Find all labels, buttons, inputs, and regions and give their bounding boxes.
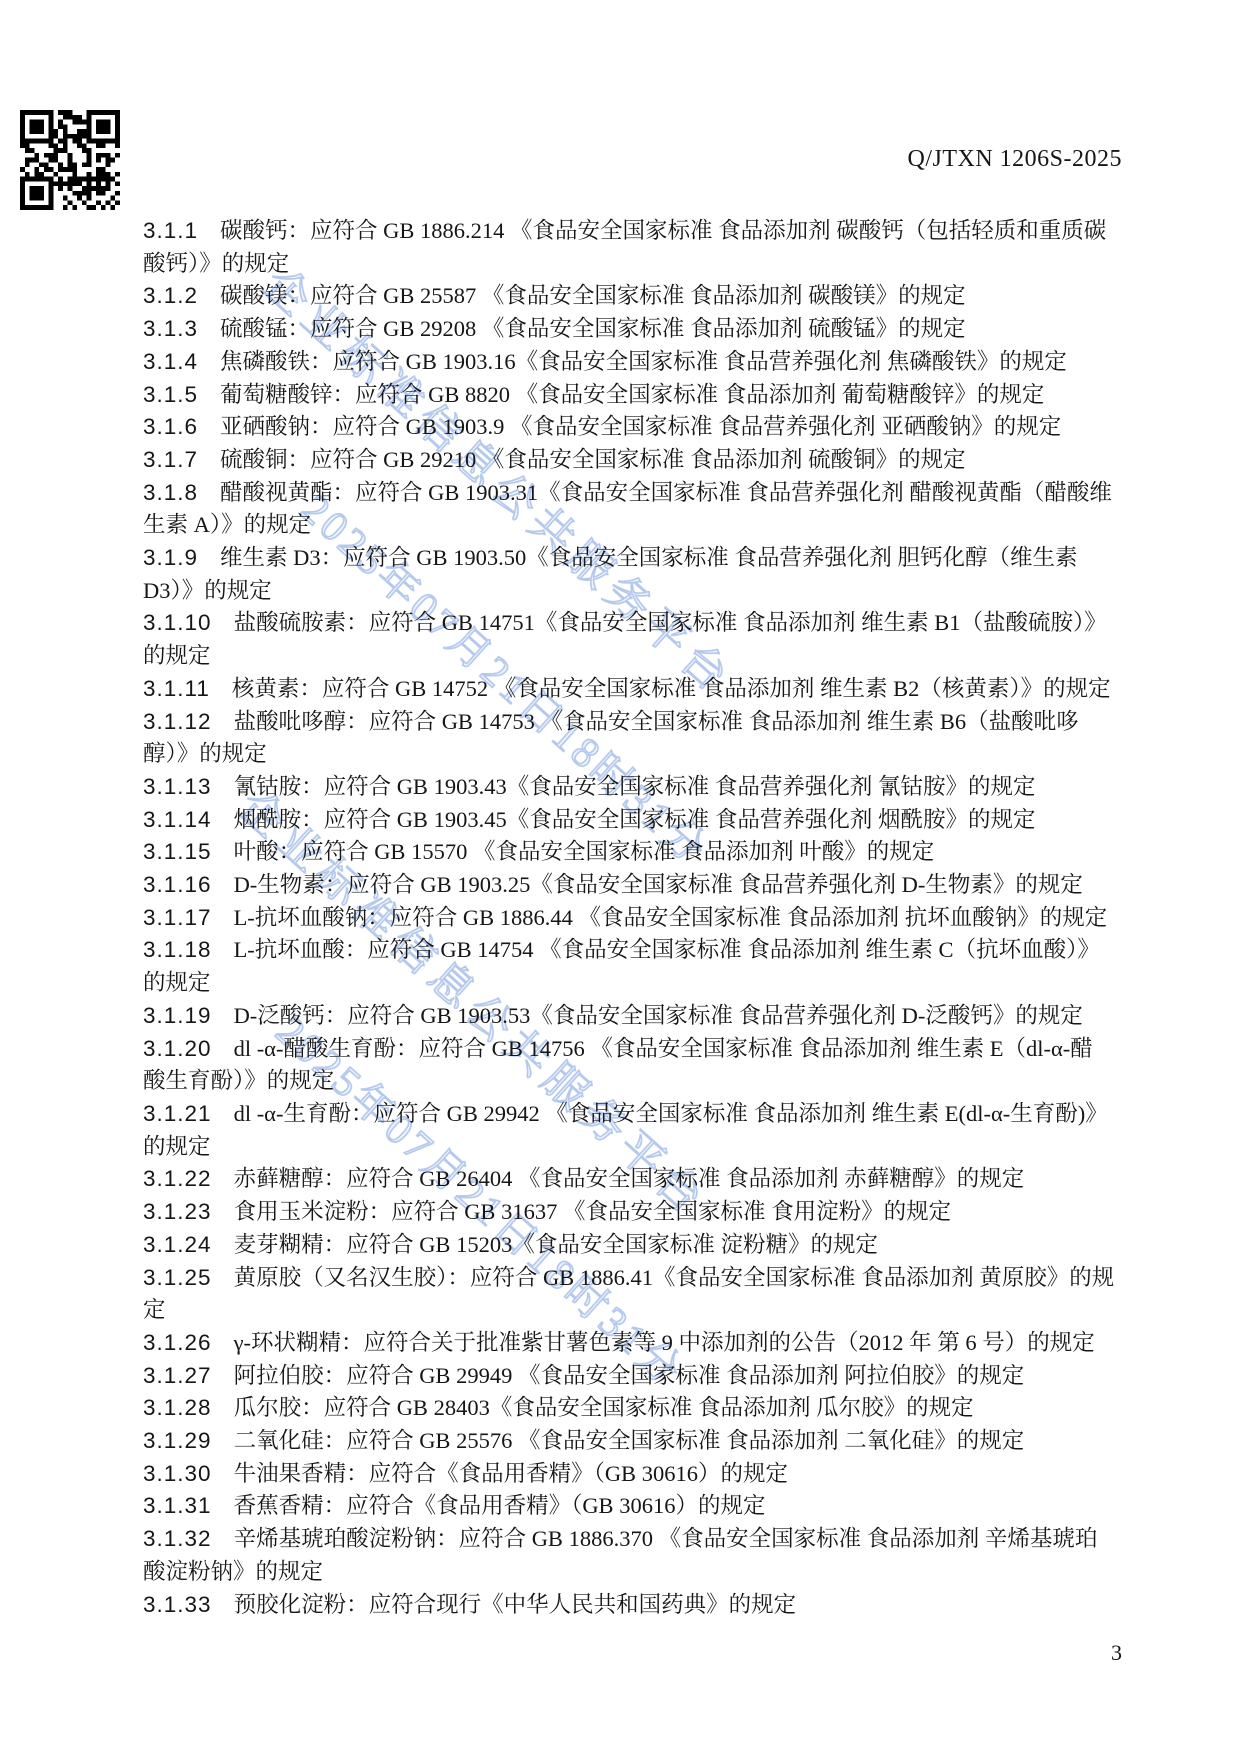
clause-number: 3.1.2 xyxy=(143,283,198,308)
clause-number: 3.1.6 xyxy=(143,414,198,439)
clause-item: 3.1.3硫酸锰：应符合 GB 29208 《食品安全国家标准 食品添加剂 硫酸… xyxy=(143,313,1115,346)
clause-number: 3.1.29 xyxy=(143,1428,212,1453)
document-number: Q/JTXN 1206S-2025 xyxy=(907,146,1122,173)
clause-text: 硫酸锰：应符合 GB 29208 《食品安全国家标准 食品添加剂 硫酸锰》的规定 xyxy=(220,316,966,341)
clause-item: 3.1.12盐酸吡哆醇：应符合 GB 14753 《食品安全国家标准 食品添加剂… xyxy=(143,706,1115,771)
clause-number: 3.1.14 xyxy=(143,807,212,832)
clause-number: 3.1.31 xyxy=(143,1493,212,1518)
clause-item: 3.1.8醋酸视黄酯：应符合 GB 1903.31《食品安全国家标准 食品营养强… xyxy=(143,477,1115,542)
clause-item: 3.1.24麦芽糊精：应符合 GB 15203《食品安全国家标准 淀粉糖》的规定 xyxy=(143,1229,1115,1262)
clause-item: 3.1.2碳酸镁：应符合 GB 25587 《食品安全国家标准 食品添加剂 碳酸… xyxy=(143,280,1115,313)
clause-item: 3.1.18L-抗坏血酸：应符合 GB 14754 《食品安全国家标准 食品添加… xyxy=(143,934,1115,999)
clause-number: 3.1.32 xyxy=(143,1526,212,1551)
clause-number: 3.1.8 xyxy=(143,480,198,505)
qr-code-image xyxy=(20,110,120,210)
clause-text: 硫酸铜：应符合 GB 29210 《食品安全国家标准 食品添加剂 硫酸铜》的规定 xyxy=(220,447,966,472)
clause-number: 3.1.18 xyxy=(143,937,212,962)
clause-item: 3.1.13氰钴胺：应符合 GB 1903.43《食品安全国家标准 食品营养强化… xyxy=(143,771,1115,804)
clause-number: 3.1.4 xyxy=(143,349,198,374)
clause-text: L-抗坏血酸钠：应符合 GB 1886.44 《食品安全国家标准 食品添加剂 抗… xyxy=(234,905,1108,930)
clause-item: 3.1.14烟酰胺：应符合 GB 1903.45《食品安全国家标准 食品营养强化… xyxy=(143,804,1115,837)
clause-text: 瓜尔胶：应符合 GB 28403《食品安全国家标准 食品添加剂 瓜尔胶》的规定 xyxy=(234,1395,974,1420)
clause-text: L-抗坏血酸：应符合 GB 14754 《食品安全国家标准 食品添加剂 维生素 … xyxy=(143,937,1100,995)
clause-text: D-泛酸钙：应符合 GB 1903.53《食品安全国家标准 食品营养强化剂 D-… xyxy=(234,1003,1083,1028)
clause-number: 3.1.33 xyxy=(143,1592,212,1617)
clause-item: 3.1.22赤藓糖醇：应符合 GB 26404 《食品安全国家标准 食品添加剂 … xyxy=(143,1163,1115,1196)
clause-number: 3.1.10 xyxy=(143,610,212,635)
clause-text: 醋酸视黄酯：应符合 GB 1903.31《食品安全国家标准 食品营养强化剂 醋酸… xyxy=(143,480,1112,538)
clause-text: γ-环状糊精：应符合关于批准紫甘薯色素等 9 中添加剂的公告（2012 年 第 … xyxy=(234,1330,1095,1355)
clause-item: 3.1.25黄原胶（又名汉生胶）：应符合 GB 1886.41《食品安全国家标准… xyxy=(143,1262,1115,1327)
clause-number: 3.1.15 xyxy=(143,839,212,864)
clause-number: 3.1.27 xyxy=(143,1363,212,1388)
clause-text: 碳酸钙：应符合 GB 1886.214 《食品安全国家标准 食品添加剂 碳酸钙（… xyxy=(143,218,1106,276)
clause-item: 3.1.4焦磷酸铁：应符合 GB 1903.16《食品安全国家标准 食品营养强化… xyxy=(143,346,1115,379)
clause-number: 3.1.24 xyxy=(143,1232,212,1257)
document-page: Q/JTXN 1206S-2025 企业标准信息公共服务平台 2025年07月2… xyxy=(0,0,1240,1753)
clause-text: 核黄素：应符合 GB 14752 《食品安全国家标准 食品添加剂 维生素 B2（… xyxy=(232,676,1111,701)
clause-item: 3.1.32辛烯基琥珀酸淀粉钠：应符合 GB 1886.370 《食品安全国家标… xyxy=(143,1523,1115,1588)
clause-number: 3.1.7 xyxy=(143,447,198,472)
clause-text: 葡萄糖酸锌：应符合 GB 8820 《食品安全国家标准 食品添加剂 葡萄糖酸锌》… xyxy=(220,382,1044,407)
clause-number: 3.1.19 xyxy=(143,1003,212,1028)
clause-text: 预胶化淀粉：应符合现行《中华人民共和国药典》的规定 xyxy=(234,1592,797,1617)
clause-text: 氰钴胺：应符合 GB 1903.43《食品安全国家标准 食品营养强化剂 氰钴胺》… xyxy=(234,774,1036,799)
clause-item: 3.1.6亚硒酸钠：应符合 GB 1903.9 《食品安全国家标准 食品营养强化… xyxy=(143,411,1115,444)
clause-item: 3.1.19D-泛酸钙：应符合 GB 1903.53《食品安全国家标准 食品营养… xyxy=(143,1000,1115,1033)
clause-number: 3.1.23 xyxy=(143,1199,212,1224)
clause-text: 麦芽糊精：应符合 GB 15203《食品安全国家标准 淀粉糖》的规定 xyxy=(234,1232,878,1257)
clause-text: 维生素 D3：应符合 GB 1903.50《食品安全国家标准 食品营养强化剂 胆… xyxy=(143,545,1078,603)
clause-text: 香蕉香精：应符合《食品用香精》（GB 30616）的规定 xyxy=(234,1493,766,1518)
clause-item: 3.1.10盐酸硫胺素：应符合 GB 14751《食品安全国家标准 食品添加剂 … xyxy=(143,607,1115,672)
clause-number: 3.1.30 xyxy=(143,1461,212,1486)
clause-number: 3.1.25 xyxy=(143,1265,212,1290)
clause-item: 3.1.5葡萄糖酸锌：应符合 GB 8820 《食品安全国家标准 食品添加剂 葡… xyxy=(143,379,1115,412)
clause-item: 3.1.17L-抗坏血酸钠：应符合 GB 1886.44 《食品安全国家标准 食… xyxy=(143,902,1115,935)
clause-text: D-生物素：应符合 GB 1903.25《食品安全国家标准 食品营养强化剂 D-… xyxy=(234,872,1083,897)
clause-number: 3.1.17 xyxy=(143,905,212,930)
clause-item: 3.1.9维生素 D3：应符合 GB 1903.50《食品安全国家标准 食品营养… xyxy=(143,542,1115,607)
clause-item: 3.1.30牛油果香精：应符合《食品用香精》（GB 30616）的规定 xyxy=(143,1458,1115,1491)
page-number: 3 xyxy=(1111,1640,1122,1666)
clause-text: 辛烯基琥珀酸淀粉钠：应符合 GB 1886.370 《食品安全国家标准 食品添加… xyxy=(143,1526,1097,1584)
clause-item: 3.1.33预胶化淀粉：应符合现行《中华人民共和国药典》的规定 xyxy=(143,1589,1115,1622)
clause-text: 黄原胶（又名汉生胶）：应符合 GB 1886.41《食品安全国家标准 食品添加剂… xyxy=(143,1265,1114,1323)
clause-text: dl -α-生育酚：应符合 GB 29942 《食品安全国家标准 食品添加剂 维… xyxy=(143,1101,1108,1159)
clause-number: 3.1.12 xyxy=(143,709,212,734)
clause-item: 3.1.29二氧化硅：应符合 GB 25576 《食品安全国家标准 食品添加剂 … xyxy=(143,1425,1115,1458)
clause-text: 焦磷酸铁：应符合 GB 1903.16《食品安全国家标准 食品营养强化剂 焦磷酸… xyxy=(220,349,1067,374)
clause-item: 3.1.15叶酸：应符合 GB 15570 《食品安全国家标准 食品添加剂 叶酸… xyxy=(143,836,1115,869)
clause-text: 盐酸硫胺素：应符合 GB 14751《食品安全国家标准 食品添加剂 维生素 B1… xyxy=(143,610,1107,668)
clause-text: 食用玉米淀粉：应符合 GB 31637 《食品安全国家标准 食用淀粉》的规定 xyxy=(234,1199,952,1224)
clause-text: dl -α-醋酸生育酚：应符合 GB 14756 《食品安全国家标准 食品添加剂… xyxy=(143,1036,1093,1094)
clause-item: 3.1.27阿拉伯胶：应符合 GB 29949 《食品安全国家标准 食品添加剂 … xyxy=(143,1360,1115,1393)
clause-text: 碳酸镁：应符合 GB 25587 《食品安全国家标准 食品添加剂 碳酸镁》的规定 xyxy=(220,283,966,308)
clause-text: 烟酰胺：应符合 GB 1903.45《食品安全国家标准 食品营养强化剂 烟酰胺》… xyxy=(234,807,1036,832)
clause-item: 3.1.16D-生物素：应符合 GB 1903.25《食品安全国家标准 食品营养… xyxy=(143,869,1115,902)
clause-number: 3.1.13 xyxy=(143,774,212,799)
clause-item: 3.1.23食用玉米淀粉：应符合 GB 31637 《食品安全国家标准 食用淀粉… xyxy=(143,1196,1115,1229)
clause-number: 3.1.5 xyxy=(143,382,198,407)
clause-number: 3.1.9 xyxy=(143,545,198,570)
clause-number: 3.1.1 xyxy=(143,218,198,243)
clause-number: 3.1.16 xyxy=(143,872,212,897)
clause-number: 3.1.26 xyxy=(143,1330,212,1355)
qr-code-icon xyxy=(20,110,120,210)
clause-number: 3.1.28 xyxy=(143,1395,212,1420)
clause-text: 赤藓糖醇：应符合 GB 26404 《食品安全国家标准 食品添加剂 赤藓糖醇》的… xyxy=(234,1166,1025,1191)
clauses: 3.1.1碳酸钙：应符合 GB 1886.214 《食品安全国家标准 食品添加剂… xyxy=(143,215,1115,1621)
clause-item: 3.1.26γ-环状糊精：应符合关于批准紫甘薯色素等 9 中添加剂的公告（201… xyxy=(143,1327,1115,1360)
clause-number: 3.1.22 xyxy=(143,1166,212,1191)
clause-text: 亚硒酸钠：应符合 GB 1903.9 《食品安全国家标准 食品营养强化剂 亚硒酸… xyxy=(220,414,1061,439)
clause-text: 牛油果香精：应符合《食品用香精》（GB 30616）的规定 xyxy=(234,1461,788,1486)
clause-item: 3.1.1碳酸钙：应符合 GB 1886.214 《食品安全国家标准 食品添加剂… xyxy=(143,215,1115,280)
clause-text: 二氧化硅：应符合 GB 25576 《食品安全国家标准 食品添加剂 二氧化硅》的… xyxy=(234,1428,1025,1453)
clause-number: 3.1.11 xyxy=(143,676,210,701)
clause-text: 盐酸吡哆醇：应符合 GB 14753 《食品安全国家标准 食品添加剂 维生素 B… xyxy=(143,709,1079,767)
clause-number: 3.1.3 xyxy=(143,316,198,341)
clause-number: 3.1.20 xyxy=(143,1036,212,1061)
clause-item: 3.1.28瓜尔胶：应符合 GB 28403《食品安全国家标准 食品添加剂 瓜尔… xyxy=(143,1392,1115,1425)
clause-text: 阿拉伯胶：应符合 GB 29949 《食品安全国家标准 食品添加剂 阿拉伯胶》的… xyxy=(234,1363,1025,1388)
clause-number: 3.1.21 xyxy=(143,1101,212,1126)
clause-item: 3.1.31香蕉香精：应符合《食品用香精》（GB 30616）的规定 xyxy=(143,1490,1115,1523)
clause-item: 3.1.20dl -α-醋酸生育酚：应符合 GB 14756 《食品安全国家标准… xyxy=(143,1033,1115,1098)
clause-item: 3.1.7硫酸铜：应符合 GB 29210 《食品安全国家标准 食品添加剂 硫酸… xyxy=(143,444,1115,477)
clause-text: 叶酸：应符合 GB 15570 《食品安全国家标准 食品添加剂 叶酸》的规定 xyxy=(234,839,935,864)
clause-item: 3.1.21dl -α-生育酚：应符合 GB 29942 《食品安全国家标准 食… xyxy=(143,1098,1115,1163)
clause-item: 3.1.11核黄素：应符合 GB 14752 《食品安全国家标准 食品添加剂 维… xyxy=(143,673,1115,706)
